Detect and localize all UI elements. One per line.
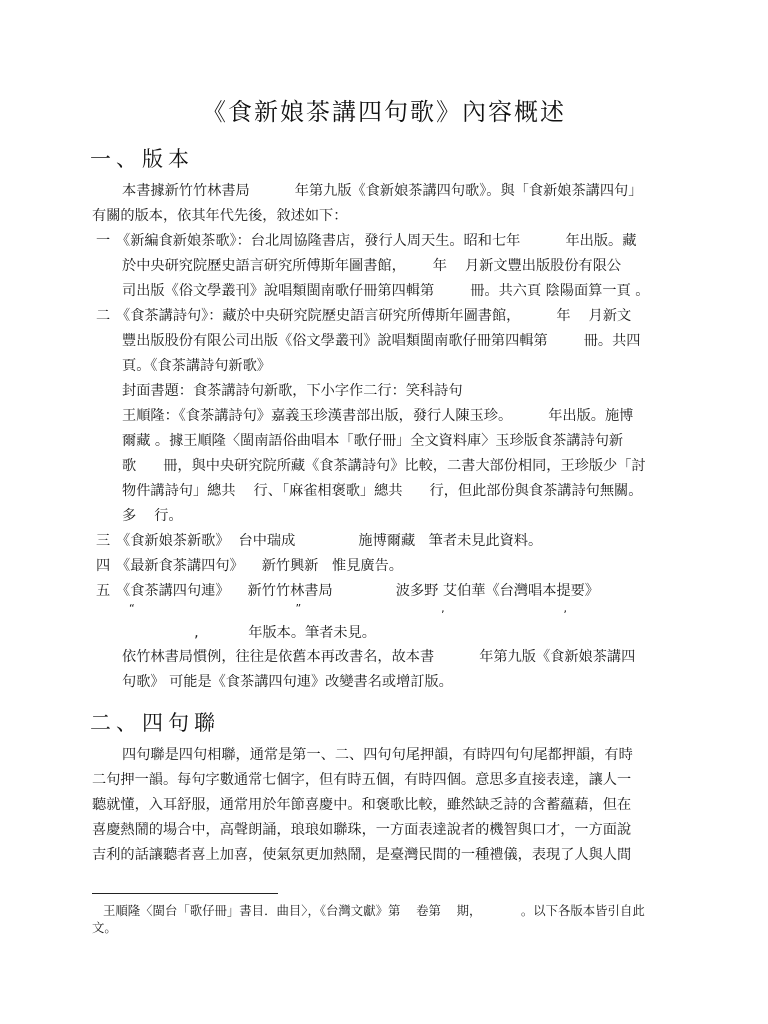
item-line: 多 行。 xyxy=(122,507,183,525)
footnote-line: 文。 xyxy=(92,920,117,936)
item-line: 爾藏 。據王順隆〈閩南語俗曲唱本「歌仔冊」全文資料庫〉玉珍版食茶講詩句新 xyxy=(122,432,623,450)
body-line: 聽就懂，入耳舒服，通常用於年節喜慶中。和褒歌比較，雖然缺乏詩的含蓄蘊藉，但在 xyxy=(92,796,631,814)
item-line: 封面書題：食茶講詩句新歌，下小字作二行：笑科詩句 xyxy=(122,382,463,400)
document-title: 《食新娘茶講四句歌》內容概述 xyxy=(0,92,768,127)
body-line: 喜慶熱鬧的場合中，高聲朗誦，琅琅如聯珠，一方面表達說者的機智與口才，一方面說 xyxy=(92,821,631,839)
item-line: 物件講詩句」總共 行、「麻雀相褒歌」總共 行，但此部份與食茶講詩句無關。 xyxy=(122,482,642,500)
item-line: 於中央研究院歷史語言研究所傅斯年圖書館， 年 月新文豐出版股份有限公 xyxy=(122,257,621,275)
item-line: “ ” , , xyxy=(122,600,567,618)
item-number: 三 xyxy=(96,532,110,550)
item-number: 四 xyxy=(96,557,110,575)
intro-line: 有關的版本，依其年代先後，敘述如下： xyxy=(92,207,347,225)
item-line: 歌 冊，與中央研究院所藏《食茶講詩句》比較，二書大部份相同，王珍版少「討 xyxy=(122,457,646,475)
item-line: 司出版《俗文學叢刊》說唱類閩南歌仔冊第四輯第 冊。共六頁 陰陽面算一頁 。 xyxy=(122,282,649,300)
footnote-line: 王順隆〈閩台「歌仔冊」書目．曲目〉，《台灣文獻》第 卷第 期， 。以下各版本皆引… xyxy=(103,903,645,919)
closing-line: 依竹林書局慣例，往往是依舊本再改書名，故本書 年第九版《食新娘茶講四 xyxy=(122,648,635,666)
item-line: 頁。《食茶講詩句新歌》 xyxy=(122,357,271,375)
item-number: 一 xyxy=(96,232,110,250)
item-line: 《食茶講四句連》 新竹竹林書局 波多野 艾伯華《台灣唱本提要》 xyxy=(116,582,599,600)
closing-line: 句歌》 可能是《食茶講四句連》改變書名或增訂版。 xyxy=(122,673,453,691)
intro-line: 本書據新竹竹林書局 年第九版《食新娘茶講四句歌》。與「食新娘茶講四句」 xyxy=(122,182,642,200)
item-line: 《最新食茶講四句》 新竹興新 惟見廣告。 xyxy=(116,557,403,575)
body-line: 四句聯是四句相聯，通常是第一、二、四句句尾押韻，有時四句句尾都押韻，有時 xyxy=(122,746,633,764)
footnote-separator xyxy=(92,893,278,894)
section-heading-four-line-couplet: 二、四句聯 xyxy=(90,707,220,737)
item-line: 《新編食新娘茶歌》：台北周協隆書店，發行人周天生。昭和七年 年出版。藏 xyxy=(116,232,636,250)
body-line: 吉利的話讓聽者喜上加喜，使氣氛更加熱鬧，是臺灣民間的一種禮儀，表現了人與人間 xyxy=(92,846,631,864)
document-page: 《食新娘茶講四句歌》內容概述 一、版本 本書據新竹竹林書局 年第九版《食新娘茶講… xyxy=(0,0,768,1024)
item-number: 二 xyxy=(96,307,110,325)
body-line: 二句押一韻。每句字數通常七個字，但有時五個，有時四個。意思多直接表達，讓人一 xyxy=(92,771,631,789)
item-line: 《食茶講詩句》：藏於中央研究院歷史語言研究所傅斯年圖書館， 年 月新文 xyxy=(116,307,631,325)
section-heading-editions: 一、版本 xyxy=(90,143,194,173)
item-line: 《食新娘茶新歌》 台中瑞成 施博爾藏 筆者未見此資料。 xyxy=(116,532,542,550)
item-line: 豐出版股份有限公司出版《俗文學叢刊》說唱類閩南歌仔冊第四輯第 冊。共四 xyxy=(122,332,640,350)
item-line: 王順隆：《食茶講詩句》嘉義玉珍漢書部出版，發行人陳玉珍。 年出版。施博 xyxy=(122,407,633,425)
item-line: , 年版本。筆者未見。 xyxy=(122,624,376,642)
item-number: 五 xyxy=(96,582,110,600)
